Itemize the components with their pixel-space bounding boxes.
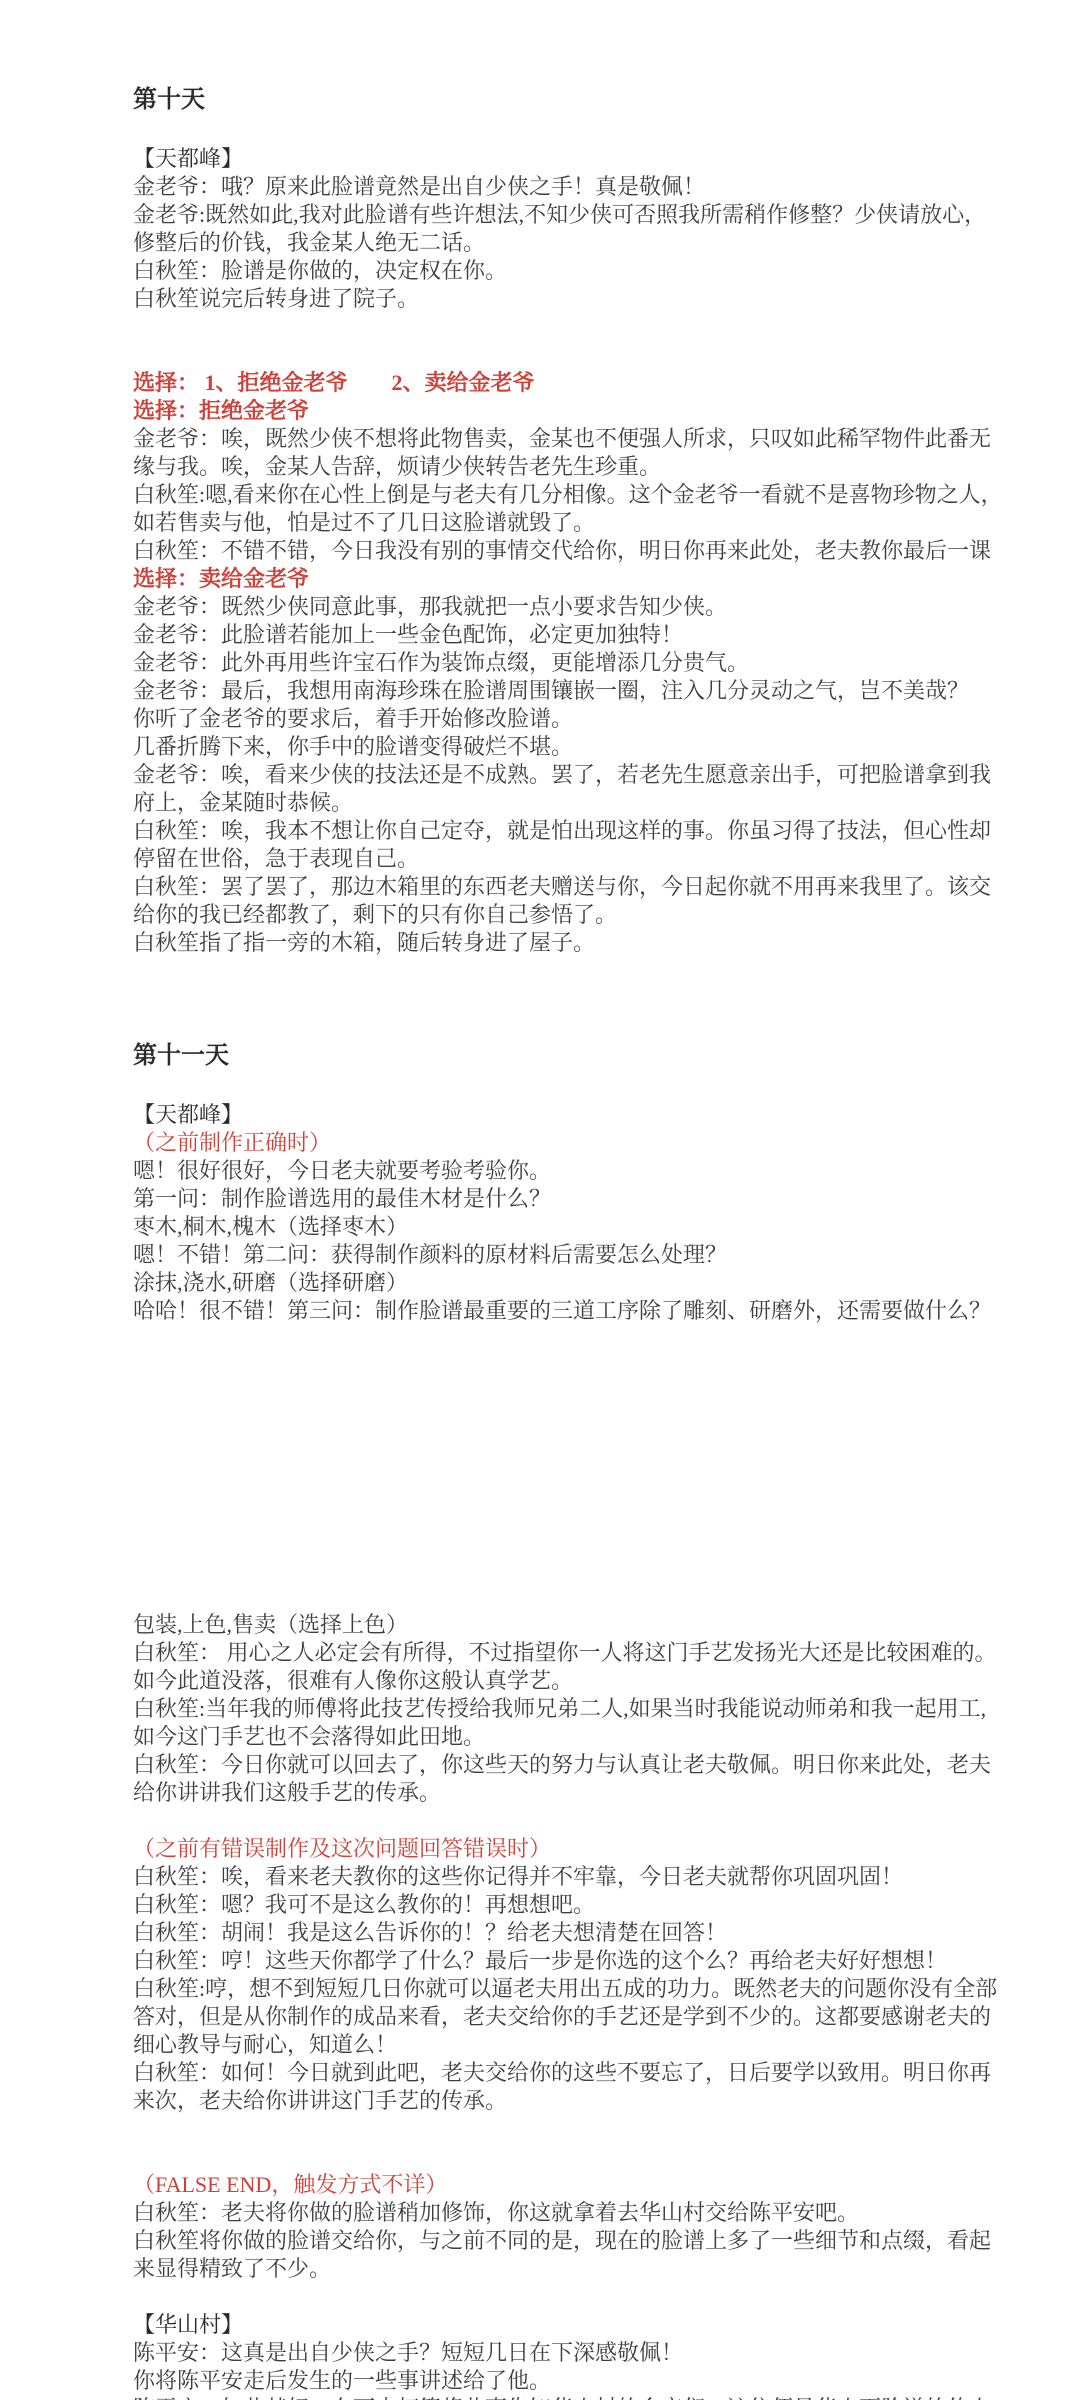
spacer — [133, 957, 1005, 1041]
location-heading: 【华山村】 — [133, 2311, 1005, 2339]
dialogue-line: 白秋笙：今日你就可以回去了，你这些天的努力与认真让老夫敬佩。明日你来此处，老夫给… — [133, 1751, 1005, 1807]
branch-note: （FALSE END，触发方式不详） — [133, 2171, 1005, 2199]
blank-region — [133, 1325, 1005, 1611]
dialogue-line: 白秋笙： 用心之人必定会有所得，不过指望你一人将这门手艺发扬光大还是比较困难的。… — [133, 1639, 1005, 1695]
location-heading: 【天都峰】 — [133, 1101, 1005, 1129]
choice-line: 选择：卖给金老爷 — [133, 565, 1005, 593]
spacer — [133, 2283, 1005, 2311]
dialogue-line: 陈平安：这真是出自少侠之手？短短几日在下深感敬佩！ — [133, 2339, 1005, 2367]
spacer — [133, 2115, 1005, 2171]
location-heading: 【天都峰】 — [133, 145, 1005, 173]
branch-note: （之前制作正确时） — [133, 1129, 1005, 1157]
dialogue-line: 白秋笙：胡闹！我是这么告诉你的！？给老夫想清楚在回答！ — [133, 1919, 1005, 1947]
dialogue-line: 金老爷:既然如此,我对此脸谱有些许想法,不知少侠可否照我所需稍作修整？少侠请放心… — [133, 201, 1005, 257]
dialogue-line: 金老爷：唉，看来少侠的技法还是不成熟。罢了，若老先生愿意亲出手，可把脸谱拿到我府… — [133, 761, 1005, 817]
dialogue-line: 白秋笙：如何！今日就到此吧，老夫交给你的这些不要忘了，日后要学以致用。明日你再来… — [133, 2059, 1005, 2115]
dialogue-line: 白秋笙：不错不错，今日我没有别的事情交代给你，明日你再来此处，老夫教你最后一课 — [133, 537, 1005, 565]
narration-line: 你将陈平安走后发生的一些事讲述给了他。 — [133, 2367, 1005, 2395]
day-heading-10: 第十天 — [133, 85, 1005, 115]
dialogue-line: 金老爷：此外再用些许宝石作为装饰点缀，更能增添几分贵气。 — [133, 649, 1005, 677]
narration-line: 几番折腾下来，你手中的脸谱变得破烂不堪。 — [133, 733, 1005, 761]
dialogue-line: 白秋笙：唉，我本不想让你自己定夺，就是怕出现这样的事。你虽习得了技法，但心性却停… — [133, 817, 1005, 873]
dialogue-line: 金老爷：最后，我想用南海珍珠在脸谱周围镶嵌一圈，注入几分灵动之气，岂不美哉？ — [133, 677, 1005, 705]
dialogue-line: 金老爷：既然少侠同意此事，那我就把一点小要求告知少侠。 — [133, 593, 1005, 621]
dialogue-line-truncated: 陈平安：如此甚好，在下本打算将此事告知华山村的乡亲们，这位便是华山面脸谱的传人了… — [133, 2395, 1005, 2400]
dialogue-line: 哈哈！很不错！第三问：制作脸谱最重要的三道工序除了雕刻、研磨外，还需要做什么？ — [133, 1297, 1005, 1325]
dialogue-line: 金老爷：哦？原来此脸谱竟然是出自少侠之手！真是敬佩！ — [133, 173, 1005, 201]
dialogue-line: 白秋笙:当年我的师傅将此技艺传授给我师兄弟二人,如果当时我能说动师弟和我一起用工… — [133, 1695, 1005, 1751]
narration-line: 你听了金老爷的要求后，着手开始修改脸谱。 — [133, 705, 1005, 733]
narration-line: 白秋笙说完后转身进了院子。 — [133, 285, 1005, 313]
document-page: 第十天【天都峰】金老爷：哦？原来此脸谱竟然是出自少侠之手！真是敬佩！金老爷:既然… — [0, 0, 1065, 2400]
dialogue-line: 白秋笙：嗯？我可不是这么教你的！再想想吧。 — [133, 1891, 1005, 1919]
dialogue-line: 白秋笙：老夫将你做的脸谱稍加修饰，你这就拿着去华山村交给陈平安吧。 — [133, 2199, 1005, 2227]
spacer — [133, 313, 1005, 369]
dialogue-line: 白秋笙：唉，看来老夫教你的这些你记得并不牢靠，今日老夫就帮你巩固巩固！ — [133, 1863, 1005, 1891]
spacer — [133, 115, 1005, 145]
dialogue-line: 第一问：制作脸谱选用的最佳木材是什么？ — [133, 1185, 1005, 1213]
spacer — [133, 1807, 1005, 1835]
dialogue-line: 白秋笙:嗯,看来你在心性上倒是与老夫有几分相像。这个金老爷一看就不是喜物珍物之人… — [133, 481, 1005, 537]
narration-line: 白秋笙指了指一旁的木箱，随后转身进了屋子。 — [133, 929, 1005, 957]
dialogue-line: 白秋笙:哼，想不到短短几日你就可以逼老夫用出五成的功力。既然老夫的问题你没有全部… — [133, 1975, 1005, 2059]
dialogue-line: 嗯！很好很好，今日老夫就要考验考验你。 — [133, 1157, 1005, 1185]
answer-line: 枣木,桐木,槐木（选择枣木） — [133, 1213, 1005, 1241]
answer-line: 涂抹,浇水,研磨（选择研磨） — [133, 1269, 1005, 1297]
answer-line: 包装,上色,售卖（选择上色） — [133, 1611, 1005, 1639]
dialogue-line: 嗯！不错！第二问：获得制作颜料的原材料后需要怎么处理？ — [133, 1241, 1005, 1269]
narration-line: 白秋笙将你做的脸谱交给你，与之前不同的是，现在的脸谱上多了一些细节和点缀，看起来… — [133, 2227, 1005, 2283]
dialogue-line: 金老爷：此脸谱若能加上一些金色配饰，必定更加独特！ — [133, 621, 1005, 649]
spacer — [133, 1071, 1005, 1101]
choice-line: 选择： 1、拒绝金老爷 2、卖给金老爷 — [133, 369, 1005, 397]
dialogue-line: 金老爷：唉，既然少侠不想将此物售卖，金某也不便强人所求，只叹如此稀罕物件此番无缘… — [133, 425, 1005, 481]
dialogue-line: 白秋笙：脸谱是你做的，决定权在你。 — [133, 257, 1005, 285]
choice-line: 选择：拒绝金老爷 — [133, 397, 1005, 425]
dialogue-line: 白秋笙：哼！这些天你都学了什么？最后一步是你选的这个么？再给老夫好好想想！ — [133, 1947, 1005, 1975]
dialogue-line: 白秋笙：罢了罢了，那边木箱里的东西老夫赠送与你，今日起你就不用再来我里了。该交给… — [133, 873, 1005, 929]
day-heading-11: 第十一天 — [133, 1041, 1005, 1071]
branch-note: （之前有错误制作及这次问题回答错误时） — [133, 1835, 1005, 1863]
